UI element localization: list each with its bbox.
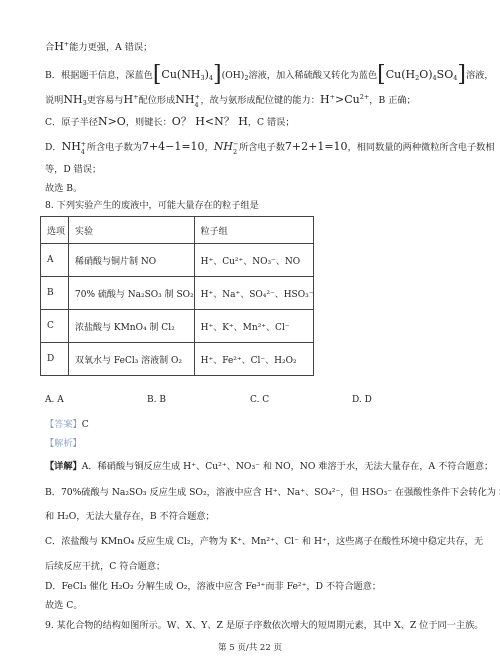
table-row: A 稀硝酸与铜片制 NO H⁺、Cu²⁺、NO₃⁻、NO bbox=[41, 244, 314, 277]
analysis-label: 【解析】 bbox=[45, 437, 82, 451]
answer-line: 【答案】C bbox=[45, 418, 89, 432]
prev-conclusion: 故选 B。 bbox=[45, 182, 82, 196]
formula: NH bbox=[214, 140, 233, 153]
table-header-row: 选项 实验 粒子组 bbox=[41, 217, 314, 244]
text: 所含电子数 bbox=[239, 142, 285, 153]
choice-c[interactable]: C. C bbox=[250, 395, 269, 405]
ions-cell: H⁺、Na⁺、SO₄²⁻、HSO₃⁻ bbox=[194, 277, 314, 310]
formula: H bbox=[123, 93, 133, 106]
text: 配位形成 bbox=[139, 95, 176, 106]
question-8-stem: 8. 下列实验产生的废液中，可能大量存在的粒子组是 bbox=[45, 199, 259, 213]
equation: 7+4−1=10 bbox=[142, 140, 205, 153]
table-header: 选项 bbox=[41, 217, 69, 244]
text: 溶液， bbox=[466, 70, 494, 81]
ions-cell: H⁺、Cu²⁺、NO₃⁻、NO bbox=[194, 244, 314, 277]
prev-explanation-line-a: 合H+能力更强，A 错误； bbox=[45, 40, 152, 55]
text: ， bbox=[205, 142, 214, 153]
sub-sup: −2 bbox=[233, 142, 239, 152]
detail-line-b2: 和 H₂O，无法大量存在，B 不符合题意； bbox=[45, 510, 215, 524]
subscript: 2 bbox=[233, 145, 237, 159]
text: ，相同数量的两种微粒所含电子数相 bbox=[348, 142, 495, 153]
ions-cell: H⁺、K⁺、Mn²⁺、Cl⁻ bbox=[194, 310, 314, 343]
formula: O) bbox=[419, 68, 432, 81]
prev-explanation-line-f: 等，D 错误； bbox=[45, 163, 101, 177]
text: 所含电子数为 bbox=[87, 142, 142, 153]
detail-line-a: 【详解】A．稀硝酸与铜反应生成 H⁺、Cu²⁺、NO₃⁻ 和 NO，NO 难溶于… bbox=[45, 460, 493, 474]
formula: SO bbox=[437, 68, 454, 81]
text: D． bbox=[45, 142, 62, 153]
options-table: 选项 实验 粒子组 A 稀硝酸与铜片制 NO H⁺、Cu²⁺、NO₃⁻、NO B… bbox=[40, 216, 314, 376]
bracket-close: ] bbox=[457, 62, 466, 87]
text: ，C 错误； bbox=[248, 117, 295, 128]
formula: (OH) bbox=[222, 70, 245, 81]
text: ，故与氨形成配位键的能力： bbox=[201, 95, 320, 106]
text: A．稀硝酸与铜反应生成 H⁺、Cu²⁺、NO₃⁻ 和 NO，NO 难溶于水，无法… bbox=[82, 461, 493, 472]
bracket-open: [ bbox=[377, 62, 386, 87]
choice-a[interactable]: A. A bbox=[45, 395, 64, 405]
table-row: C 浓盐酸与 KMnO₄ 制 Cl₂ H⁺、K⁺、Mn²⁺、Cl⁻ bbox=[41, 310, 314, 343]
text: 能力更强，A 错误； bbox=[69, 42, 152, 53]
formula: O？ H<N？ H bbox=[172, 115, 248, 128]
detail-line-b1: B．70%硫酸与 Na₂SO₃ 反应生成 SO₂，溶液中应含 H⁺、Na⁺、SO… bbox=[45, 486, 500, 500]
table-header: 实验 bbox=[69, 217, 195, 244]
ions-cell: H⁺、Fe²⁺、Cl⁻、H₂O₂ bbox=[194, 343, 314, 376]
answer-choices: A. A B. B C. C D. D bbox=[45, 395, 445, 409]
text: ，则键长： bbox=[126, 117, 172, 128]
formula: Cu(H bbox=[386, 68, 415, 81]
formula: NH bbox=[62, 140, 81, 153]
text: C．原子半径 bbox=[45, 117, 98, 128]
ion-h: H bbox=[54, 40, 64, 53]
option-cell: B bbox=[41, 277, 69, 310]
prev-explanation-line-e: D．NH+4所含电子数为7+4−1=10，NH−2所含电子数7+2+1=10，相… bbox=[45, 140, 495, 155]
text: ，B 正确； bbox=[369, 95, 415, 106]
text: 合 bbox=[45, 42, 54, 53]
formula: NH bbox=[63, 93, 82, 106]
formula: Cu(NH bbox=[161, 68, 200, 81]
detail-conclusion: 故选 C。 bbox=[45, 599, 83, 613]
charge: 2+ bbox=[360, 93, 370, 101]
equation: 7+2+1=10 bbox=[285, 140, 348, 153]
formula: >Cu bbox=[335, 93, 360, 106]
option-cell: D bbox=[41, 343, 69, 376]
formula: NH bbox=[175, 93, 194, 106]
sub-sup: +4 bbox=[195, 95, 201, 105]
page-footer: 第 5 页/共 22 页 bbox=[0, 641, 500, 653]
experiment-cell: 双氧水与 FeCl₃ 溶液制 O₂ bbox=[69, 343, 195, 376]
formula: H bbox=[320, 93, 330, 106]
text: B．根据题干信息，深蓝色 bbox=[45, 70, 153, 81]
detail-label: 【详解】 bbox=[45, 461, 82, 472]
sub-sup: +4 bbox=[81, 142, 87, 152]
experiment-cell: 稀硝酸与铜片制 NO bbox=[69, 244, 195, 277]
prev-explanation-line-c: 说明NH3更容易与H+配位形成NH+4，故与氨形成配位键的能力：H+>Cu2+，… bbox=[45, 93, 416, 108]
question-9-stem: 9. 某化合物的结构如图所示。W、X、Y、Z 是原子序数依次增大的短周期元素，其… bbox=[45, 619, 484, 633]
subscript: 4 bbox=[195, 98, 199, 112]
text: 说明 bbox=[45, 95, 63, 106]
detail-line-c2: 后续反应干扰，C 符合题意； bbox=[45, 560, 165, 574]
bracket-close: ] bbox=[213, 62, 222, 87]
formula: N>O bbox=[98, 115, 126, 128]
table-header: 粒子组 bbox=[194, 217, 314, 244]
choice-d[interactable]: D. D bbox=[352, 395, 372, 405]
prev-explanation-line-b: B．根据题干信息，深蓝色[Cu(NH3)4](OH)2溶液，加入稀硫酸又转化为蓝… bbox=[45, 68, 494, 83]
option-cell: A bbox=[41, 244, 69, 277]
option-cell: C bbox=[41, 310, 69, 343]
text: 更容易与 bbox=[87, 95, 124, 106]
text: 溶液，加入稀硫酸又转化为蓝色 bbox=[248, 70, 377, 81]
choice-b[interactable]: B. B bbox=[147, 395, 166, 405]
detail-line-d: D．FeCl₃ 催化 H₂O₂ 分解生成 O₂，溶液中应含 Fe³⁺而非 Fe²… bbox=[45, 580, 381, 594]
table-row: D 双氧水与 FeCl₃ 溶液制 O₂ H⁺、Fe²⁺、Cl⁻、H₂O₂ bbox=[41, 343, 314, 376]
answer-label: 【答案】 bbox=[45, 419, 82, 430]
answer-value: C bbox=[82, 419, 89, 430]
prev-explanation-line-d: C．原子半径N>O，则键长：O？ H<N？ H，C 错误； bbox=[45, 115, 295, 130]
table-row: B 70% 硫酸与 Na₂SO₃ 制 SO₂ H⁺、Na⁺、SO₄²⁻、HSO₃… bbox=[41, 277, 314, 310]
detail-line-c1: C．浓盐酸与 KMnO₄ 反应生成 Cl₂，产物为 K⁺、Mn²⁺、Cl⁻ 和 … bbox=[45, 535, 483, 549]
experiment-cell: 浓盐酸与 KMnO₄ 制 Cl₂ bbox=[69, 310, 195, 343]
analysis-label-text: 【解析】 bbox=[45, 438, 82, 449]
subscript: 4 bbox=[81, 145, 85, 159]
experiment-cell: 70% 硫酸与 Na₂SO₃ 制 SO₂ bbox=[69, 277, 195, 310]
